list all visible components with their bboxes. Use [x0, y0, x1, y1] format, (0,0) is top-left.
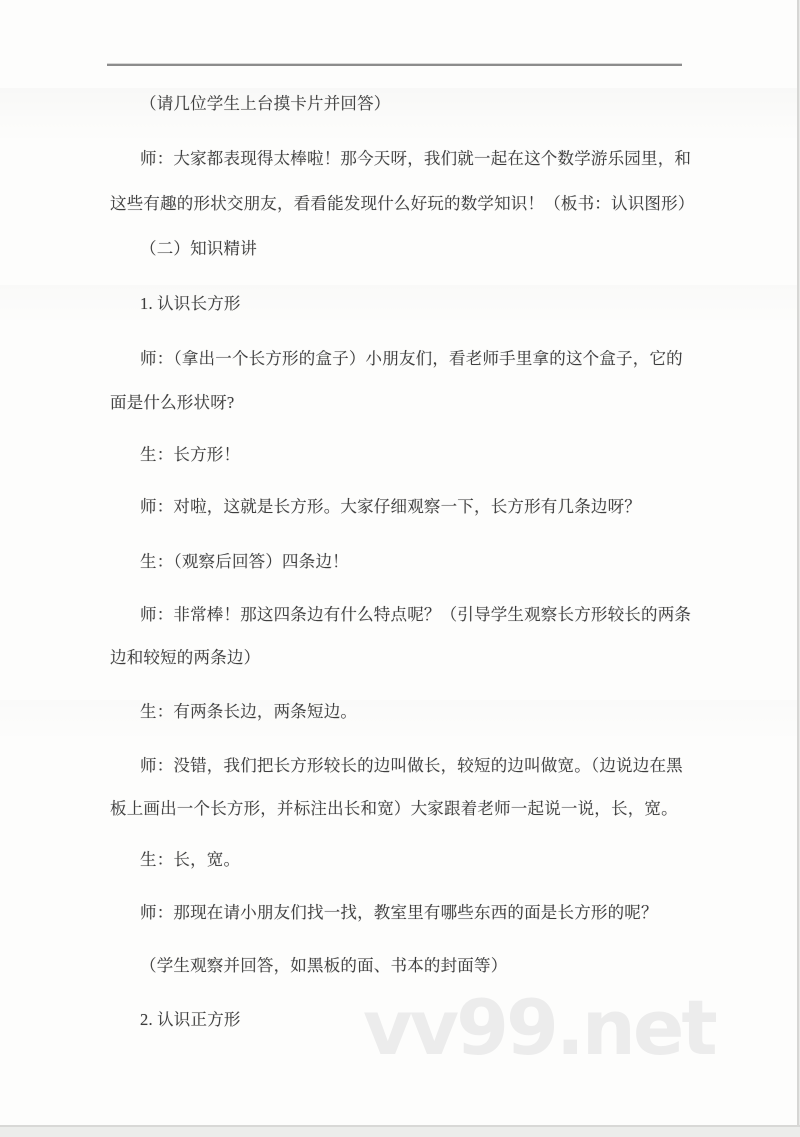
doc-line: 师：（拿出一个长方形的盒子）小朋友们，看老师手里拿的这个盒子，它的	[140, 348, 683, 370]
doc-line: 生：长，宽。	[140, 849, 240, 871]
doc-line: 2. 认识正方形	[140, 1009, 241, 1031]
doc-line: 师：那现在请小朋友们找一找，教室里有哪些东西的面是长方形的呢？	[140, 902, 658, 924]
doc-line: 生：有两条长边，两条短边。	[140, 701, 357, 723]
doc-line: 师：没错，我们把长方形较长的边叫做长，较短的边叫做宽。（边说边在黑	[140, 755, 683, 777]
doc-line: （学生观察并回答，如黑板的面、书本的封面等）	[140, 955, 507, 977]
document-page: （请几位学生上台摸卡片并回答） 师：大家都表现得太棒啦！那今天呀，我们就一起在这…	[0, 0, 799, 1125]
doc-line: （二）知识精讲	[140, 238, 257, 260]
doc-line: 1. 认识长方形	[140, 293, 241, 315]
page-bottom-edge	[0, 1125, 800, 1137]
doc-line: （请几位学生上台摸卡片并回答）	[140, 93, 391, 115]
watermark: vv99.net	[363, 983, 715, 1072]
doc-line: 生：长方形！	[140, 444, 240, 466]
doc-line: 这些有趣的形状交朋友，看看能发现什么好玩的数学知识！（板书：认识图形）	[110, 193, 695, 215]
doc-line: 师：大家都表现得太棒啦！那今天呀，我们就一起在这个数学游乐园里，和	[140, 148, 691, 170]
doc-line: 师：对啦，这就是长方形。大家仔细观察一下，长方形有几条边呀？	[140, 496, 641, 518]
doc-line: 师：非常棒！那这四条边有什么特点呢？（引导学生观察长方形较长的两条	[140, 604, 691, 626]
page-top-rule	[107, 64, 682, 66]
doc-line: 生：（观察后回答）四条边！	[140, 551, 349, 573]
doc-line: 面是什么形状呀?	[110, 392, 234, 414]
doc-line: 板上画出一个长方形，并标注出长和宽）大家跟着老师一起说一说，长，宽。	[110, 798, 678, 820]
doc-line: 边和较短的两条边）	[110, 647, 260, 669]
